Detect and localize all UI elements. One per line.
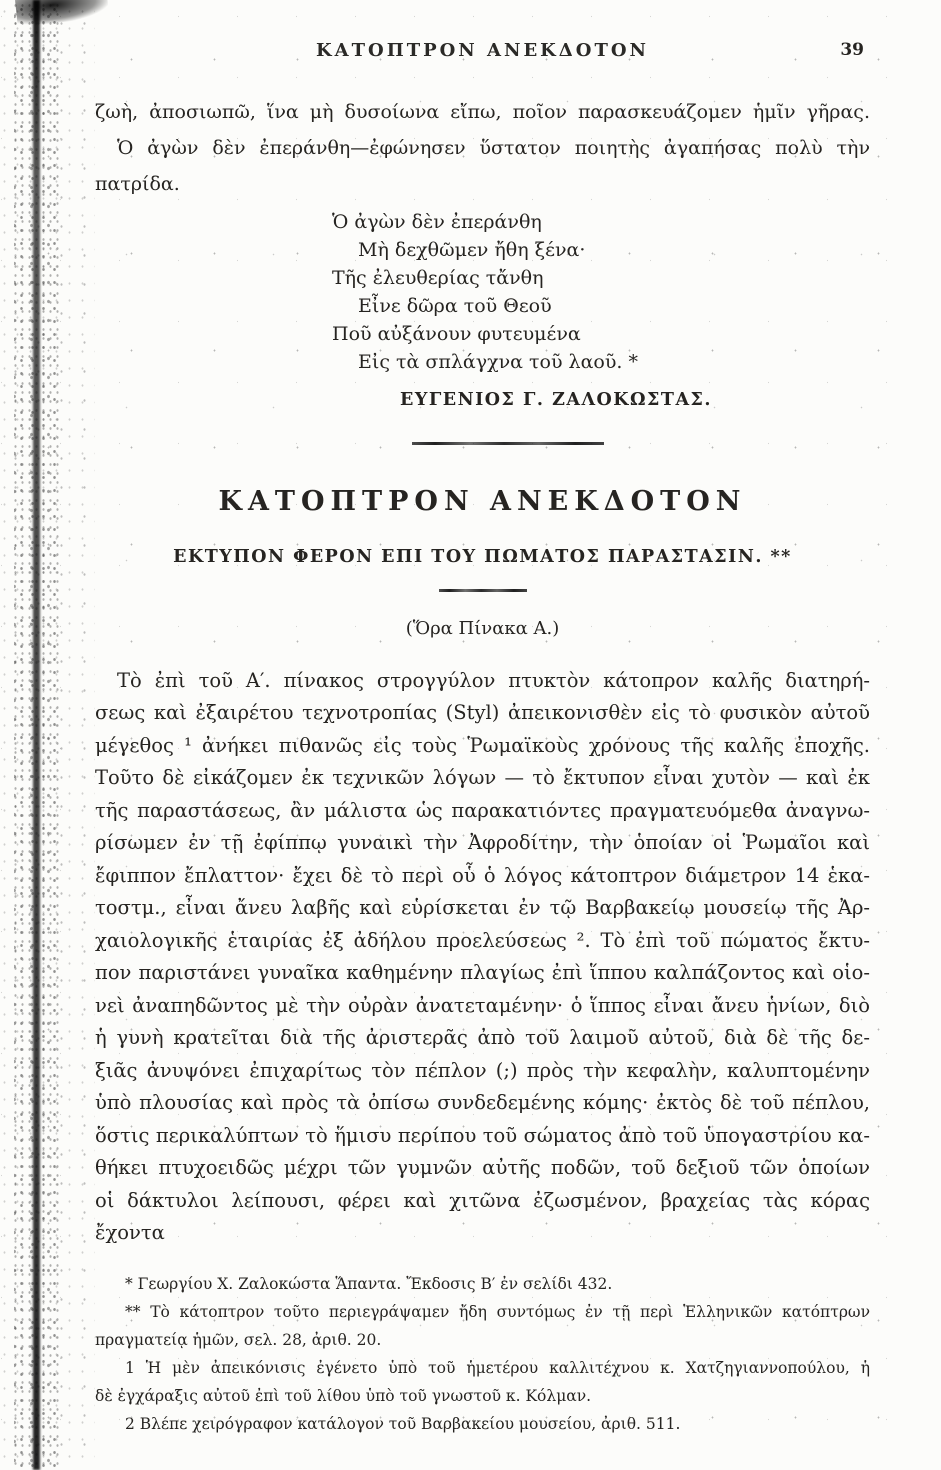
intro-line: Ὁ ἀγὼν δὲν ἐπεράνθη—ἐφώνησεν ὕστατον ποι… — [95, 130, 870, 166]
body-line: οἱ δάκτυλοι λείπουσι, φέρει καὶ χιτῶνα ἐ… — [95, 1185, 870, 1250]
subtitle-divider-rule — [439, 589, 527, 592]
body-line: τοστμ., εἶναι ἄνευ λαβῆς καὶ εὑρίσκεται … — [95, 892, 870, 925]
body-line: πον παριστάνει γυναῖκα καθημένην πλαγίως… — [95, 957, 870, 990]
poem-line: Ποῦ αὐξάνουν φυτευμένα — [332, 320, 870, 348]
body-line: σεως καὶ ἐξαιρέτου τεχνοτροπίας (Styl) ἀ… — [95, 697, 870, 730]
footnote-line: 2 Βλέπε χειρόγραφον κατάλογον τοῦ Βαρβακ… — [95, 1410, 870, 1438]
footnote-line: * Γεωργίου Χ. Ζαλοκώστα Ἅπαντα. Ἔκδοσις … — [95, 1270, 870, 1298]
body-line: μέγεθος ¹ ἀνήκει πιθανῶς εἰς τοὺς Ῥωμαϊκ… — [95, 730, 870, 763]
author-signature: ΕΥΓΕΝΙΟΣ Γ. ΖΑΛΟΚΩΣΤΑΣ. — [95, 390, 870, 410]
body-line: Τὸ ἐπὶ τοῦ Α′. πίνακος στρογγύλον πτυκτὸ… — [95, 665, 870, 698]
running-header-title: ΚΑΤΟΠΤΡΟΝ ΑΝΕΚΔΟΤΟΝ — [95, 40, 870, 61]
intro-line: ζωὴ, ἀποσιωπῶ, ἵνα μὴ δυσοίωνα εἴπω, ποῖ… — [95, 94, 870, 130]
poem: Ὁ ἀγὼν δὲν ἐπεράνθη Μὴ δεχθῶμεν ἤθη ξένα… — [332, 208, 870, 376]
footnote-line: 1 Ἡ μὲν ἀπεικόνισις ἐγένετο ὑπὸ τοῦ ἡμετ… — [95, 1354, 870, 1382]
intro-paragraph: ζωὴ, ἀποσιωπῶ, ἵνα μὴ δυσοίωνα εἴπω, ποῖ… — [95, 94, 870, 202]
footnote-line: πραγματείᾳ ἡμῶν, σελ. 28, ἀριθ. 20. — [95, 1326, 870, 1354]
body-line: ἡ γυνὴ κρατεῖται διὰ τῆς ἀριστερᾶς ἀπὸ τ… — [95, 1022, 870, 1055]
body-line: ὑπὸ πλουσίας καὶ πρὸς τὰ ὀπίσω συνδεδεμέ… — [95, 1087, 870, 1120]
section-divider-rule — [412, 442, 604, 445]
body-line: θήκει πτυχοειδῶς μέχρι τῶν γυμνῶν αὐτῆς … — [95, 1152, 870, 1185]
body-line: ρίσωμεν ἐν τῇ ἐφίππῳ γυναικὶ τὴν Ἀφροδίτ… — [95, 827, 870, 860]
page-number: 39 — [840, 40, 864, 60]
footnotes: * Γεωργίου Χ. Ζαλοκώστα Ἅπαντα. Ἔκδοσις … — [95, 1270, 870, 1438]
section-subtitle: ΕΚΤΥΠΟΝ ΦΕΡΟΝ ΕΠΙ ΤΟΥ ΠΩΜΑΤΟΣ ΠΑΡΑΣΤΑΣΙΝ… — [95, 547, 870, 567]
body-line: ἔφιππον ἔπλαττον· ἔχει δὲ τὸ περὶ οὗ ὁ λ… — [95, 860, 870, 893]
body-line: ὅστις περικαλύπτων τὸ ἥμισυ περίπου τοῦ … — [95, 1120, 870, 1153]
plate-reference-note: (Ὅρα Πίνακα Α.) — [95, 618, 870, 639]
body-line: χαιολογικῆς ἑταιρίας ἐξ ἀδήλου προελεύσε… — [95, 925, 870, 958]
running-head: ΚΑΤΟΠΤΡΟΝ ΑΝΕΚΔΟΤΟΝ 39 — [95, 40, 870, 66]
footnote-line: δὲ ἐγχάραξις αὐτοῦ ἐπὶ τοῦ λίθου ὑπὸ τοῦ… — [95, 1382, 870, 1410]
page-content: ΚΑΤΟΠΤΡΟΝ ΑΝΕΚΔΟΤΟΝ 39 ζωὴ, ἀποσιωπῶ, ἵν… — [0, 0, 941, 1438]
scanned-book-page: ΚΑΤΟΠΤΡΟΝ ΑΝΕΚΔΟΤΟΝ 39 ζωὴ, ἀποσιωπῶ, ἵν… — [0, 0, 941, 1470]
body-paragraph: Τὸ ἐπὶ τοῦ Α′. πίνακος στρογγύλον πτυκτὸ… — [95, 665, 870, 1250]
section-title: ΚΑΤΟΠΤΡΟΝ ΑΝΕΚΔΟΤΟΝ — [95, 487, 870, 517]
poem-line: Ὁ ἀγὼν δὲν ἐπεράνθη — [332, 208, 870, 236]
body-line: νεὶ ἀναπηδῶντος μὲ τὴν οὐρὰν ἀνατεταμένη… — [95, 990, 870, 1023]
body-line: Τοῦτο δὲ εἰκάζομεν ἐκ τεχνικῶν λόγων — τ… — [95, 762, 870, 795]
footnote-line: ** Τὸ κάτοπτρον τοῦτο περιεγράψαμεν ἤδη … — [95, 1298, 870, 1326]
body-line: τῆς παραστάσεως, ἂν μάλιστα ὡς παρακατιό… — [95, 795, 870, 828]
poem-line: Εἰς τὰ σπλάγχνα τοῦ λαοῦ. * — [332, 348, 870, 376]
poem-line: Τῆς ἐλευθερίας τἄνθη — [332, 264, 870, 292]
poem-line: Μὴ δεχθῶμεν ἤθη ξένα· — [332, 236, 870, 264]
body-line: ξιᾶς ἀνυψόνει ἐπιχαρίτως τὸν πέπλον (;) … — [95, 1055, 870, 1088]
poem-line: Εἶνε δῶρα τοῦ Θεοῦ — [332, 292, 870, 320]
intro-line: πατρίδα. — [95, 166, 870, 202]
